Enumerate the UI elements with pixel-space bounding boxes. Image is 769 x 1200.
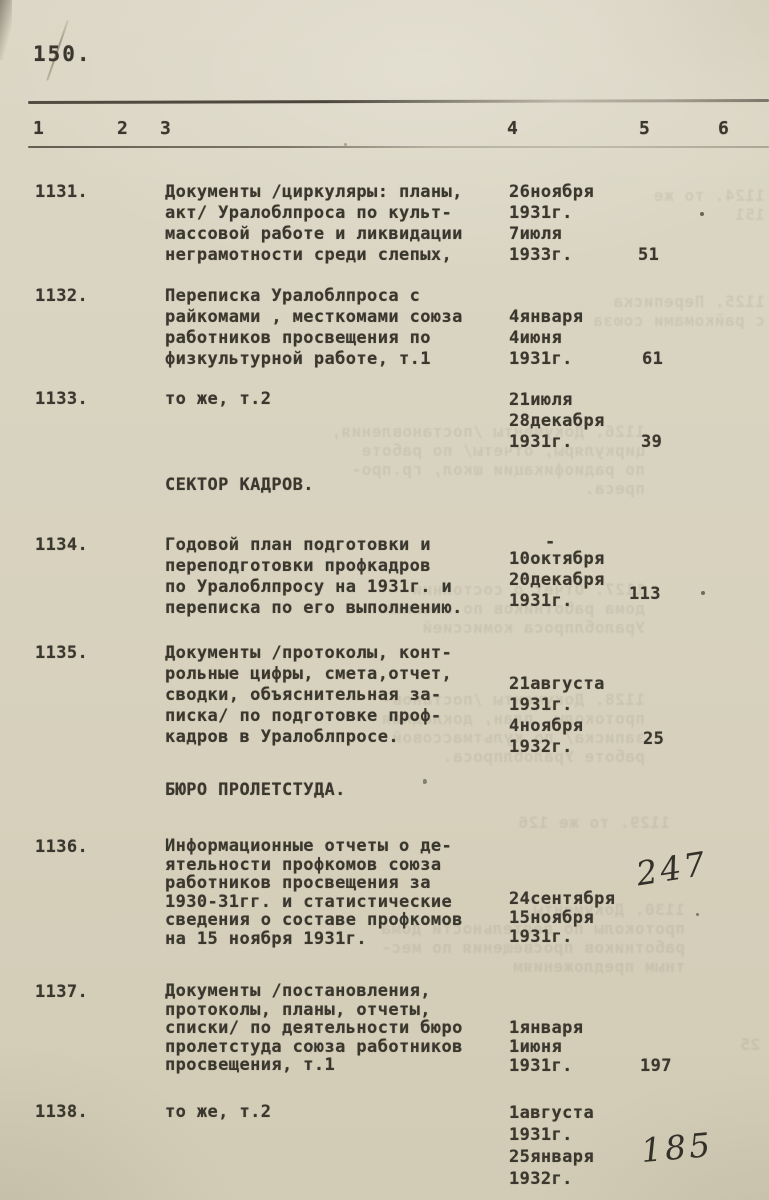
ink-speck xyxy=(701,591,705,595)
entry-number: 1131. xyxy=(35,182,88,203)
column-header-5: 5 xyxy=(639,118,650,139)
table-header-rule xyxy=(28,146,769,148)
page-number: 150. xyxy=(33,44,92,65)
ink-speck xyxy=(344,143,347,146)
entry-description: Годовой план подготовки и переподготовки… xyxy=(165,535,515,619)
entry-description: Документы /циркуляры: планы, акт/ Уралоб… xyxy=(165,182,515,266)
bleedthrough-text: 1129. то же 126 xyxy=(250,813,670,832)
entry-pages-count: 61 xyxy=(642,349,663,370)
table-top-rule xyxy=(28,99,769,104)
entry-number: 1135. xyxy=(35,643,88,664)
entry-dates: 10октября 20декабря 1931г. xyxy=(509,549,605,612)
entry-dates: 21августа 1931г. 4ноября 1932г. xyxy=(509,674,605,758)
scanned-archive-inventory-page: 1124. то же 151 1125. Переписка с райком… xyxy=(0,0,769,1200)
entry-description: Переписка Уралоблпроса с райкомами , мес… xyxy=(165,286,515,370)
entry-description: Информационные отчеты о де- ятельности п… xyxy=(165,837,515,948)
entry-dates: 26ноября 1931г. 7июля 1933г. xyxy=(509,182,594,266)
column-header-4: 4 xyxy=(507,118,518,139)
entry-pages-count: 197 xyxy=(640,1056,672,1077)
column-header-2: 2 xyxy=(117,118,128,139)
entry-dates: 4января 4июня 1931г. xyxy=(509,307,583,370)
entry-dates: 1января 1июня 1931г. xyxy=(509,1019,583,1076)
entry-number: 1132. xyxy=(35,286,88,307)
entry-description: то же, т.2 xyxy=(165,389,515,410)
entry-description: Документы /постановления, протоколы, пла… xyxy=(165,982,515,1075)
entry-dates: 21июля 28декабря 1931г. xyxy=(509,390,605,453)
handwritten-pages-count: 185 xyxy=(639,1125,714,1170)
entry-dates: 24сентября 15ноября 1931г. xyxy=(509,890,615,947)
bleedthrough-text: 25 xyxy=(590,1035,760,1054)
ink-speck xyxy=(700,212,704,216)
bleedthrough-text: 1124. то же 151 xyxy=(565,186,765,224)
entry-number: 1133. xyxy=(35,389,88,410)
column-header-3: 3 xyxy=(160,118,171,139)
scan-edge-shadow xyxy=(0,0,12,60)
entry-pages-count: 39 xyxy=(641,432,662,453)
entry-pages-count: 113 xyxy=(629,584,661,605)
entry-dates: 1августа 1931г. 25января 1932г. xyxy=(509,1102,594,1190)
ink-speck xyxy=(696,913,699,916)
entry-number: 1136. xyxy=(35,837,88,858)
column-header-1: 1 xyxy=(33,118,44,139)
entry-number: 1134. xyxy=(35,535,88,556)
entry-number: 1137. xyxy=(35,982,88,1003)
entry-description: то же, т.2 xyxy=(165,1102,515,1123)
section-heading-kadry: СЕКТОР КАДРОВ. xyxy=(165,475,314,496)
entry-description: Документы /протоколы, конт- рольные цифр… xyxy=(165,643,515,748)
section-heading-proletstud: БЮРО ПРОЛЕТСТУДА. xyxy=(165,780,346,801)
ink-speck xyxy=(423,779,427,784)
handwritten-pages-count: 247 xyxy=(633,844,710,894)
entry-number: 1138. xyxy=(35,1102,88,1123)
entry-pages-count: 51 xyxy=(638,245,659,266)
entry-pages-count: 25 xyxy=(643,729,664,750)
column-header-6: 6 xyxy=(718,118,729,139)
